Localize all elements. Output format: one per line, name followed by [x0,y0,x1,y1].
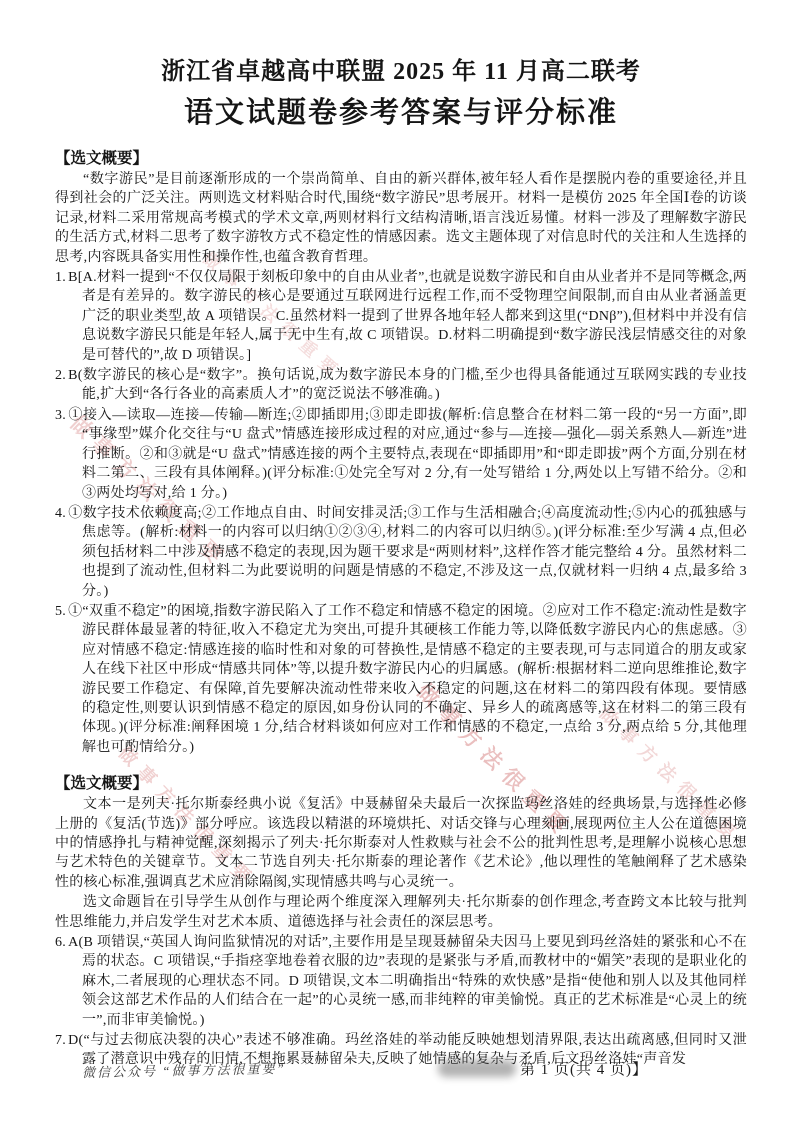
footer-page-number: 第 1 页(共 4 页)】 [520,1058,648,1079]
answer-item-2: 2.B(数字游民的核心是“数字”。换句话说,成为数字游民本身的门槛,至少也得具备… [55,366,747,405]
answer-text: ①数字技术依赖度高;②工作地点自由、时间安排灵活;③工作与生活相融合;④高度流动… [68,506,747,599]
answer-number: 1. [55,270,68,285]
overview-2-paragraph-2: 选文命题旨在引导学生从创作与理论两个维度深入理解列夫·托尔斯泰的创作理念,考查跨… [55,893,747,932]
answer-number: 6. [55,935,68,950]
document-content: 浙江省卓越高中联盟 2025 年 11 月高二联考 语文试题卷参考答案与评分标准… [55,56,747,1070]
section-heading-overview-2: 【选文概要】 [55,773,747,794]
answer-number: 2. [55,368,68,383]
answer-text: A(B 项错误,“英国人询问监狱情况的对话”,主要作用是呈现聂赫留朵夫因马上要见… [68,935,747,1028]
answer-text: B[A.材料一提到“不仅仅局限于刻板印象中的自由从业者”,也就是说数字游民和自由… [68,270,747,363]
section-heading-overview-1: 【选文概要】 [55,148,747,169]
doc-subtitle: 语文试题卷参考答案与评分标准 [55,94,747,132]
answer-item-1: 1.B[A.材料一提到“不仅仅局限于刻板印象中的自由从业者”,也就是说数字游民和… [55,268,747,365]
answer-item-5: 5.①“双重不稳定”的困境,指数字游民陷入了工作不稳定和情感不稳定的困境。②应对… [55,602,747,757]
answer-number: 7. [55,1033,68,1048]
overview-1-paragraph: “数字游民”是目前逐渐形成的一个崇尚简单、自由的新兴群体,被年轻人看作是摆脱内卷… [55,170,747,267]
overview-2-paragraph-1: 文本一是列夫·托尔斯泰经典小说《复活》中聂赫留朵夫最后一次探监玛丝洛娃的经典场景… [55,795,747,892]
document-page: 做事方法很重要 做事方法很重要 做事方法很重要 做事方法很重要 做事方法很重要 … [0,0,795,1124]
doc-title: 浙江省卓越高中联盟 2025 年 11 月高二联考 [55,56,747,88]
answer-item-4: 4.①数字技术依赖度高;②工作地点自由、时间安排灵活;③工作与生活相融合;④高度… [55,504,747,601]
page-footer: 微信公众号 “做事方法很重要” 第 1 页(共 4 页)】 [0,1058,795,1086]
answer-text: B(数字游民的核心是“数字”。换句话说,成为数字游民本身的门槛,至少也得具备能通… [68,368,747,402]
ink-smudge [438,1060,516,1077]
answer-item-3: 3.①接入—读取—连接—传输—断连;②即插即用;③即走即拔(解析:信息整合在材料… [55,406,747,503]
answer-number: 4. [55,506,68,521]
answer-text: ①接入—读取—连接—传输—断连;②即插即用;③即走即拔(解析:信息整合在材料二第… [68,408,747,501]
answer-number: 3. [55,408,68,423]
footer-wechat-handwriting: 微信公众号 “做事方法很重要” [82,1058,286,1081]
answer-number: 5. [55,604,68,619]
answer-text: ①“双重不稳定”的困境,指数字游民陷入了工作不稳定和情感不稳定的困境。②应对工作… [68,604,747,755]
answer-item-6: 6.A(B 项错误,“英国人询问监狱情况的对话”,主要作用是呈现聂赫留朵夫因马上… [55,933,747,1030]
